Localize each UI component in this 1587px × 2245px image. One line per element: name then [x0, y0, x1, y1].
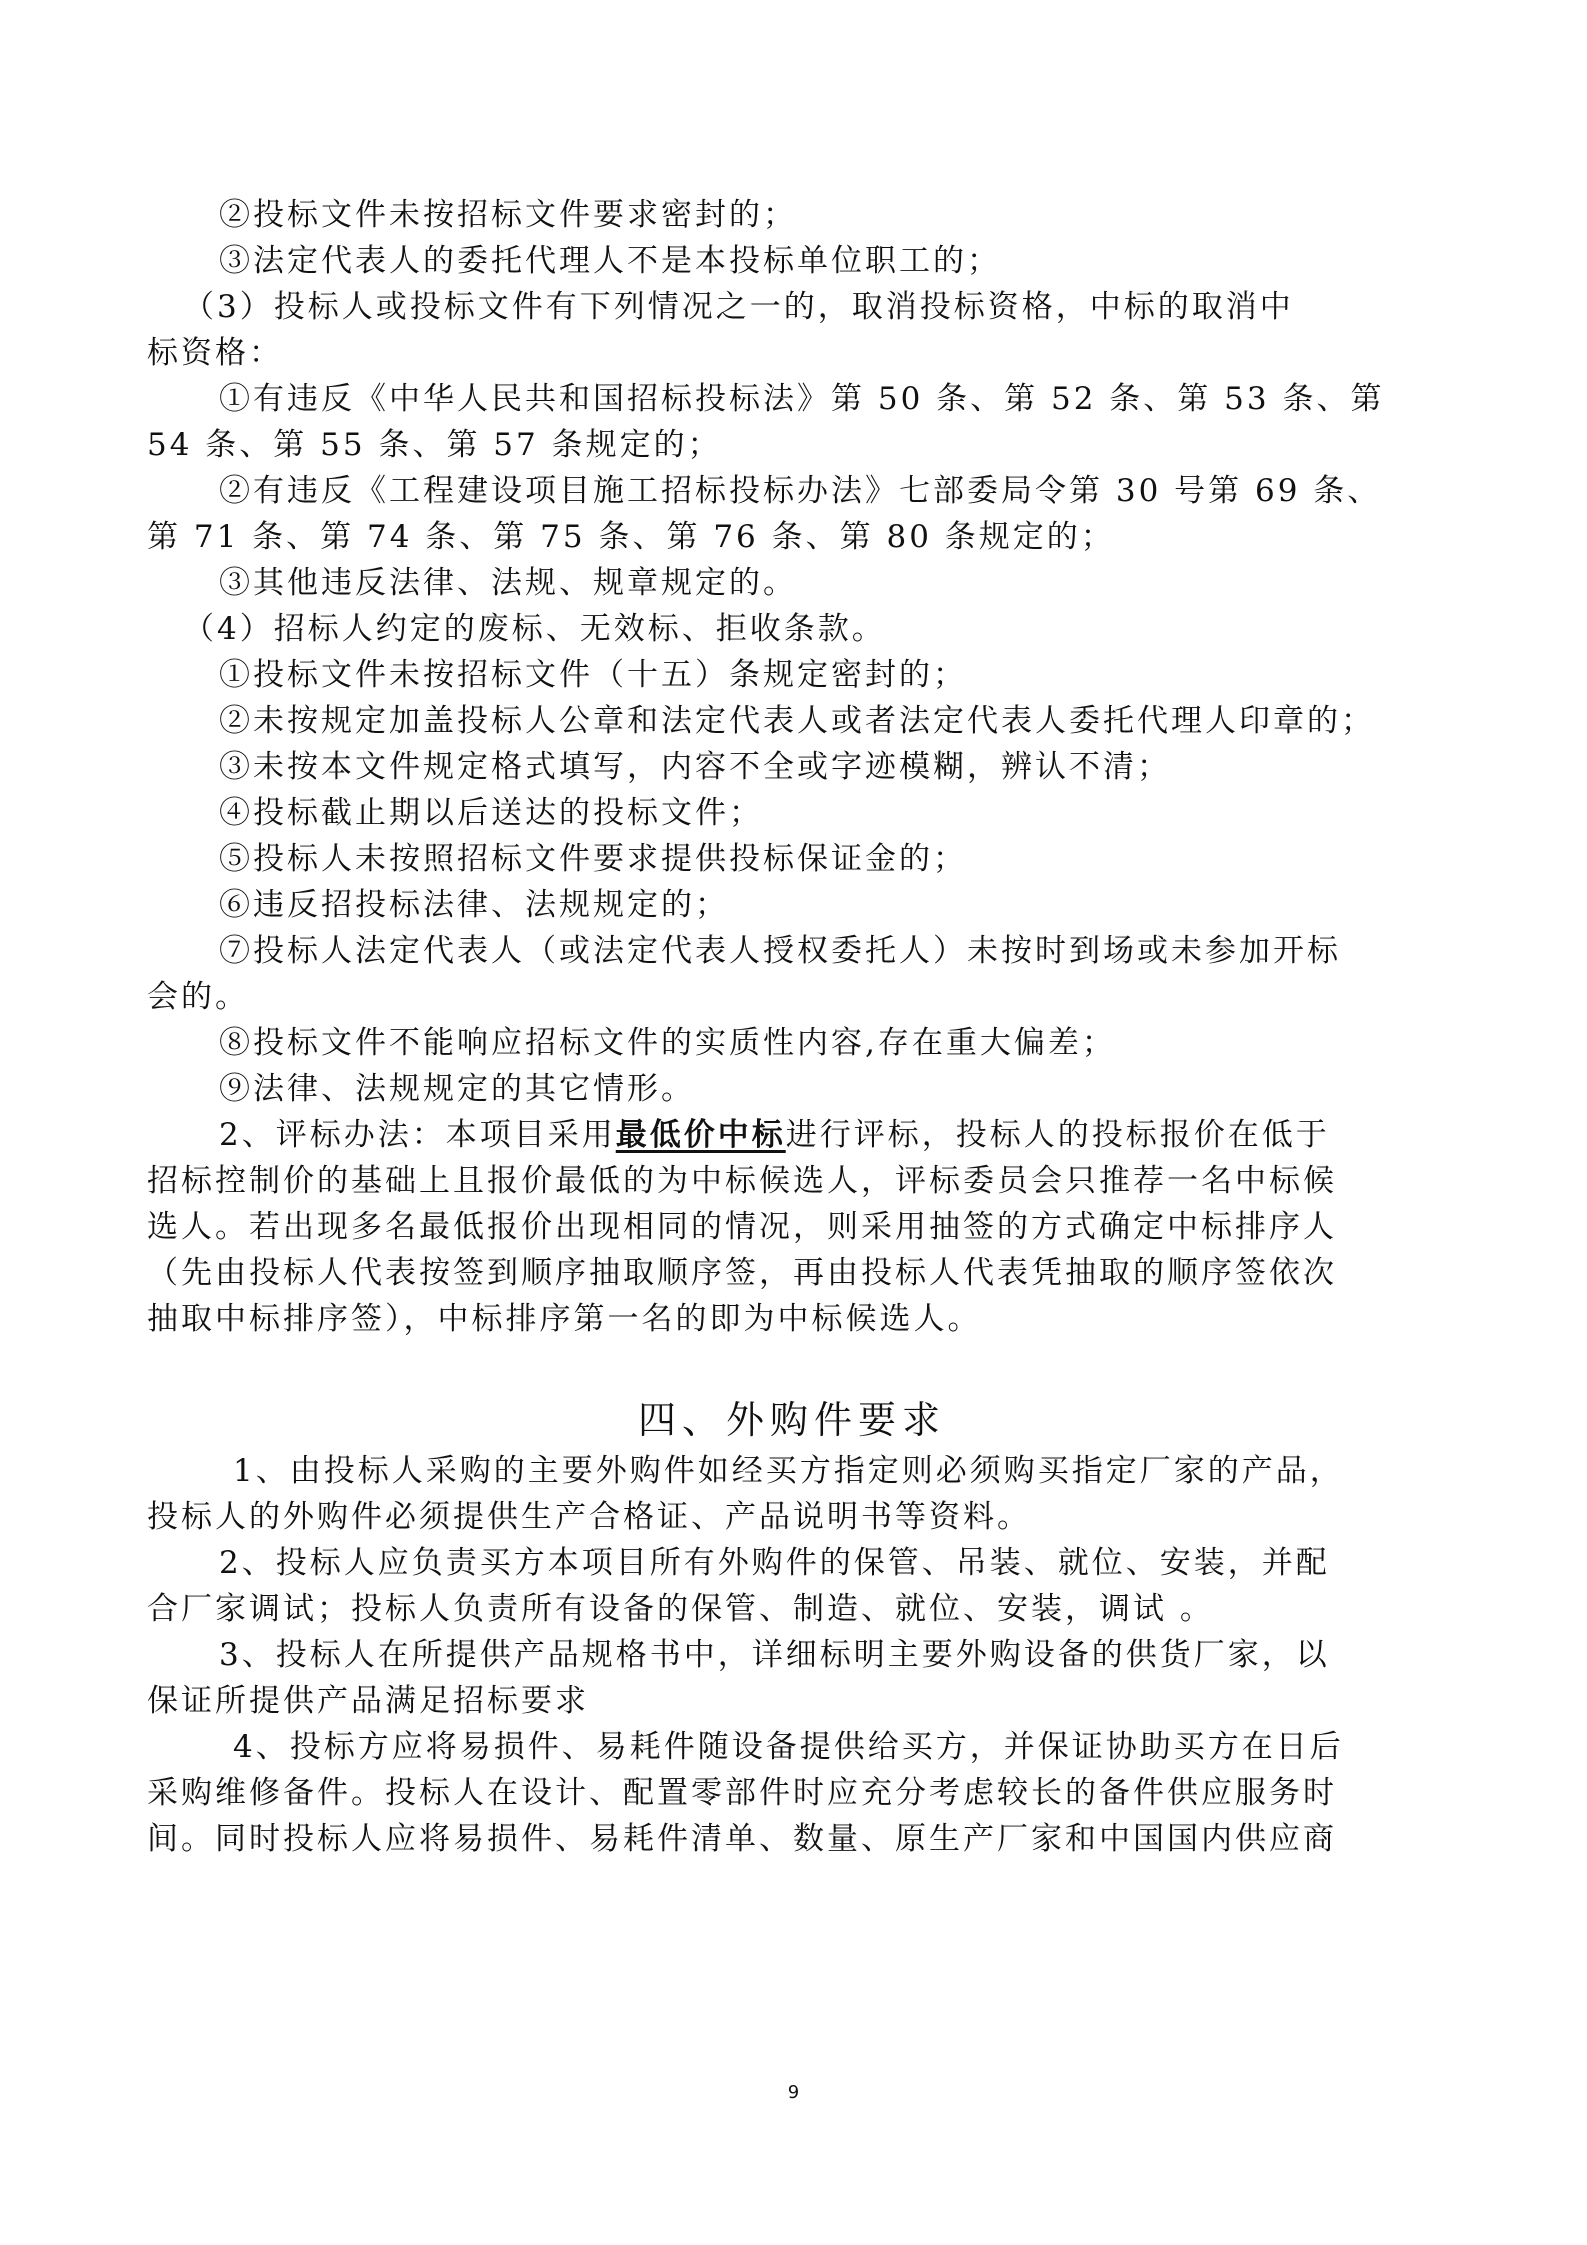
clause-line: ①投标文件未按招标文件（十五）条规定密封的；: [147, 652, 1437, 698]
section4-line-cont: 间。同时投标人应将易损件、易耗件清单、数量、原生产厂家和中国国内供应商: [147, 1816, 1437, 1862]
subsection-line: （3）投标人或投标文件有下列情况之一的，取消投标资格，中标的取消中: [147, 284, 1437, 330]
section-spacer: [147, 1342, 1437, 1388]
evaluation-prefix: 2、评标办法：本项目采用: [219, 1117, 616, 1153]
page-number: 9: [0, 2082, 1587, 2103]
subsection-line-cont: 标资格：: [147, 330, 1437, 376]
section4-item-line: 3、投标人在所提供产品规格书中，详细标明主要外购设备的供货厂家，以: [147, 1632, 1437, 1678]
section4-item-line: 2、投标人应负责买方本项目所有外购件的保管、吊装、就位、安装，并配: [147, 1540, 1437, 1586]
section4-item-line: 4、投标方应将易损件、易耗件随设备提供给买方，并保证协助买方在日后: [147, 1724, 1437, 1770]
clause-line: ⑧投标文件不能响应招标文件的实质性内容,存在重大偏差；: [147, 1020, 1437, 1066]
clause-line-cont: 会的。: [147, 974, 1437, 1020]
section4-line-cont: 保证所提供产品满足招标要求: [147, 1678, 1437, 1724]
clause-line: ④投标截止期以后送达的投标文件；: [147, 790, 1437, 836]
clause-line: ⑤投标人未按照招标文件要求提供投标保证金的；: [147, 836, 1437, 882]
subsection-line: （4）招标人约定的废标、无效标、拒收条款。: [147, 606, 1437, 652]
clause-line: ③法定代表人的委托代理人不是本投标单位职工的；: [147, 238, 1437, 284]
clause-line-cont: 54 条、第 55 条、第 57 条规定的；: [147, 422, 1437, 468]
section4-line-cont: 采购维修备件。投标人在设计、配置零部件时应充分考虑较长的备件供应服务时: [147, 1770, 1437, 1816]
evaluation-suffix: 进行评标，投标人的投标报价在低于: [786, 1117, 1330, 1153]
clause-line: ⑦投标人法定代表人（或法定代表人授权委托人）未按时到场或未参加开标: [147, 928, 1437, 974]
evaluation-line-cont: 选人。若出现多名最低报价出现相同的情况，则采用抽签的方式确定中标排序人: [147, 1204, 1437, 1250]
clause-line-cont: 第 71 条、第 74 条、第 75 条、第 76 条、第 80 条规定的；: [147, 514, 1437, 560]
evaluation-line-cont: 抽取中标排序签），中标排序第一名的即为中标候选人。: [147, 1296, 1437, 1342]
clause-line: ②投标文件未按招标文件要求密封的；: [147, 192, 1437, 238]
clause-line: ②未按规定加盖投标人公章和法定代表人或者法定代表人委托代理人印章的；: [147, 698, 1437, 744]
evaluation-line-cont: 招标控制价的基础上且报价最低的为中标候选人，评标委员会只推荐一名中标候: [147, 1158, 1437, 1204]
clause-line: ①有违反《中华人民共和国招标投标法》第 50 条、第 52 条、第 53 条、第: [147, 376, 1437, 422]
clause-line: ②有违反《工程建设项目施工招标投标办法》七部委局令第 30 号第 69 条、: [147, 468, 1437, 514]
clause-line: ⑥违反招投标法律、法规规定的；: [147, 882, 1437, 928]
section-heading: 四、外购件要求: [147, 1392, 1437, 1448]
section4-line-cont: 合厂家调试；投标人负责所有设备的保管、制造、就位、安装，调试 。: [147, 1586, 1437, 1632]
document-page: ②投标文件未按招标文件要求密封的； ③法定代表人的委托代理人不是本投标单位职工的…: [0, 0, 1587, 2245]
clause-line: ③其他违反法律、法规、规章规定的。: [147, 560, 1437, 606]
clause-line: ③未按本文件规定格式填写，内容不全或字迹模糊，辨认不清；: [147, 744, 1437, 790]
section4-item-line: 1、由投标人采购的主要外购件如经买方指定则必须购买指定厂家的产品，: [147, 1448, 1437, 1494]
evaluation-method-emphasis: 最低价中标: [616, 1117, 786, 1153]
section4-line-cont: 投标人的外购件必须提供生产合格证、产品说明书等资料。: [147, 1494, 1437, 1540]
evaluation-method-line: 2、评标办法：本项目采用最低价中标进行评标，投标人的投标报价在低于: [147, 1112, 1437, 1158]
document-body: ②投标文件未按招标文件要求密封的； ③法定代表人的委托代理人不是本投标单位职工的…: [147, 192, 1437, 1862]
evaluation-line-cont: （先由投标人代表按签到顺序抽取顺序签，再由投标人代表凭抽取的顺序签依次: [147, 1250, 1437, 1296]
clause-line: ⑨法律、法规规定的其它情形。: [147, 1066, 1437, 1112]
